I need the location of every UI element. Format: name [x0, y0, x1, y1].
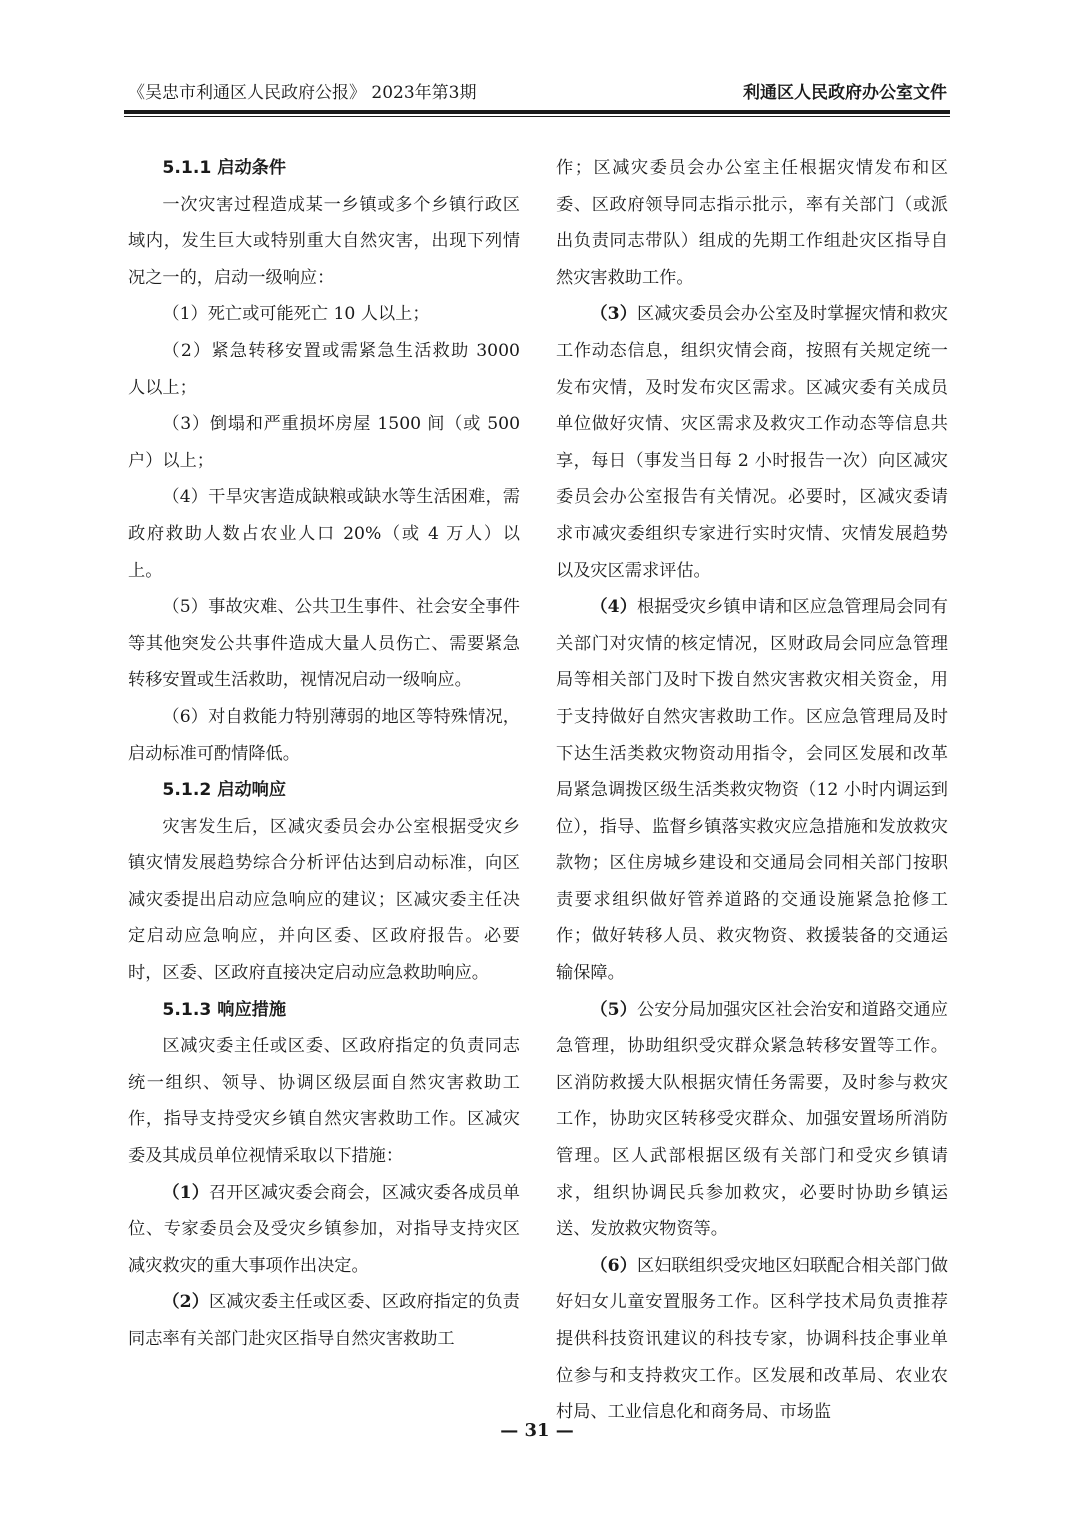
measure-6: （6）区妇联组织受灾地区妇联配合相关部门做好妇女儿童安置服务工作。区科学技术局负…	[556, 1248, 948, 1431]
measure-5: （5）公安分局加强灾区社会治安和道路交通应急管理，协助组织受灾群众紧急转移安置等…	[556, 992, 948, 1248]
condition-6: （6）对自救能力特别薄弱的地区等特殊情况，启动标准可酌情降低。	[128, 699, 520, 772]
paragraph-513-intro: 区减灾委主任或区委、区政府指定的负责同志统一组织、领导、协调区级层面自然灾害救助…	[128, 1028, 520, 1174]
right-column: 作；区减灾委员会办公室主任根据灾情发布和区委、区政府领导同志指示批示，率有关部门…	[556, 150, 948, 1431]
measure-3-label: （3）	[590, 304, 637, 324]
header-rule-thin	[124, 116, 950, 117]
left-column: 5.1.1 启动条件 一次灾害过程造成某一乡镇或多个乡镇行政区域内，发生巨大或特…	[128, 150, 520, 1358]
paragraph-511-intro: 一次灾害过程造成某一乡镇或多个乡镇行政区域内，发生巨大或特别重大自然灾害，出现下…	[128, 187, 520, 297]
measure-3: （3）区减灾委员会办公室及时掌握灾情和救灾工作动态信息，组织灾情会商，按照有关规…	[556, 296, 948, 589]
measure-1: （1）召开区减灾委会商会，区减灾委各成员单位、专家委员会及受灾乡镇参加，对指导支…	[128, 1175, 520, 1285]
section-title: 利通区人民政府办公室文件	[743, 78, 947, 103]
measure-6-text: 区妇联组织受灾地区妇联配合相关部门做好妇女儿童安置服务工作。区科学技术局负责推荐…	[556, 1256, 948, 1422]
measure-3-text: 区减灾委员会办公室及时掌握灾情和救灾工作动态信息，组织灾情会商，按照有关规定统一…	[556, 304, 948, 580]
measure-4-text: 根据受灾乡镇申请和区应急管理局会同有关部门对灾情的核定情况，区财政局会同应急管理…	[556, 597, 948, 983]
measure-4-label: （4）	[590, 597, 637, 617]
condition-5: （5）事故灾难、公共卫生事件、社会安全事件等其他突发公共事件造成大量人员伤亡、需…	[128, 589, 520, 699]
measure-2-label: （2）	[162, 1292, 209, 1312]
condition-2: （2）紧急转移安置或需紧急生活救助 3000 人以上；	[128, 333, 520, 406]
measure-1-label: （1）	[162, 1183, 209, 1203]
publication-title: 《吴忠市利通区人民政府公报》 2023年第3期	[128, 78, 476, 103]
paragraph-512: 灾害发生后，区减灾委员会办公室根据受灾乡镇灾情发展趋势综合分析评估达到启动标准，…	[128, 809, 520, 992]
page-number: — 31 —	[0, 1420, 1074, 1441]
measure-6-label: （6）	[590, 1256, 637, 1276]
measure-5-text: 公安分局加强灾区社会治安和道路交通应急管理，协助组织受灾群众紧急转移安置等工作。…	[556, 1000, 948, 1240]
measure-2-continued: 作；区减灾委员会办公室主任根据灾情发布和区委、区政府领导同志指示批示，率有关部门…	[556, 150, 948, 296]
measure-5-label: （5）	[590, 1000, 637, 1020]
header-rule-thick	[124, 110, 950, 114]
condition-4: （4）干旱灾害造成缺粮或缺水等生活困难，需政府救助人数占农业人口 20%（或 4…	[128, 479, 520, 589]
heading-5-1-1: 5.1.1 启动条件	[128, 150, 520, 187]
condition-1: （1）死亡或可能死亡 10 人以上；	[128, 296, 520, 333]
condition-3: （3）倒塌和严重损坏房屋 1500 间（或 500 户）以上；	[128, 406, 520, 479]
heading-5-1-2: 5.1.2 启动响应	[128, 772, 520, 809]
measure-2: （2）区减灾委主任或区委、区政府指定的负责同志率有关部门赴灾区指导自然灾害救助工	[128, 1284, 520, 1357]
measure-4: （4）根据受灾乡镇申请和区应急管理局会同有关部门对灾情的核定情况，区财政局会同应…	[556, 589, 948, 992]
heading-5-1-3: 5.1.3 响应措施	[128, 992, 520, 1029]
